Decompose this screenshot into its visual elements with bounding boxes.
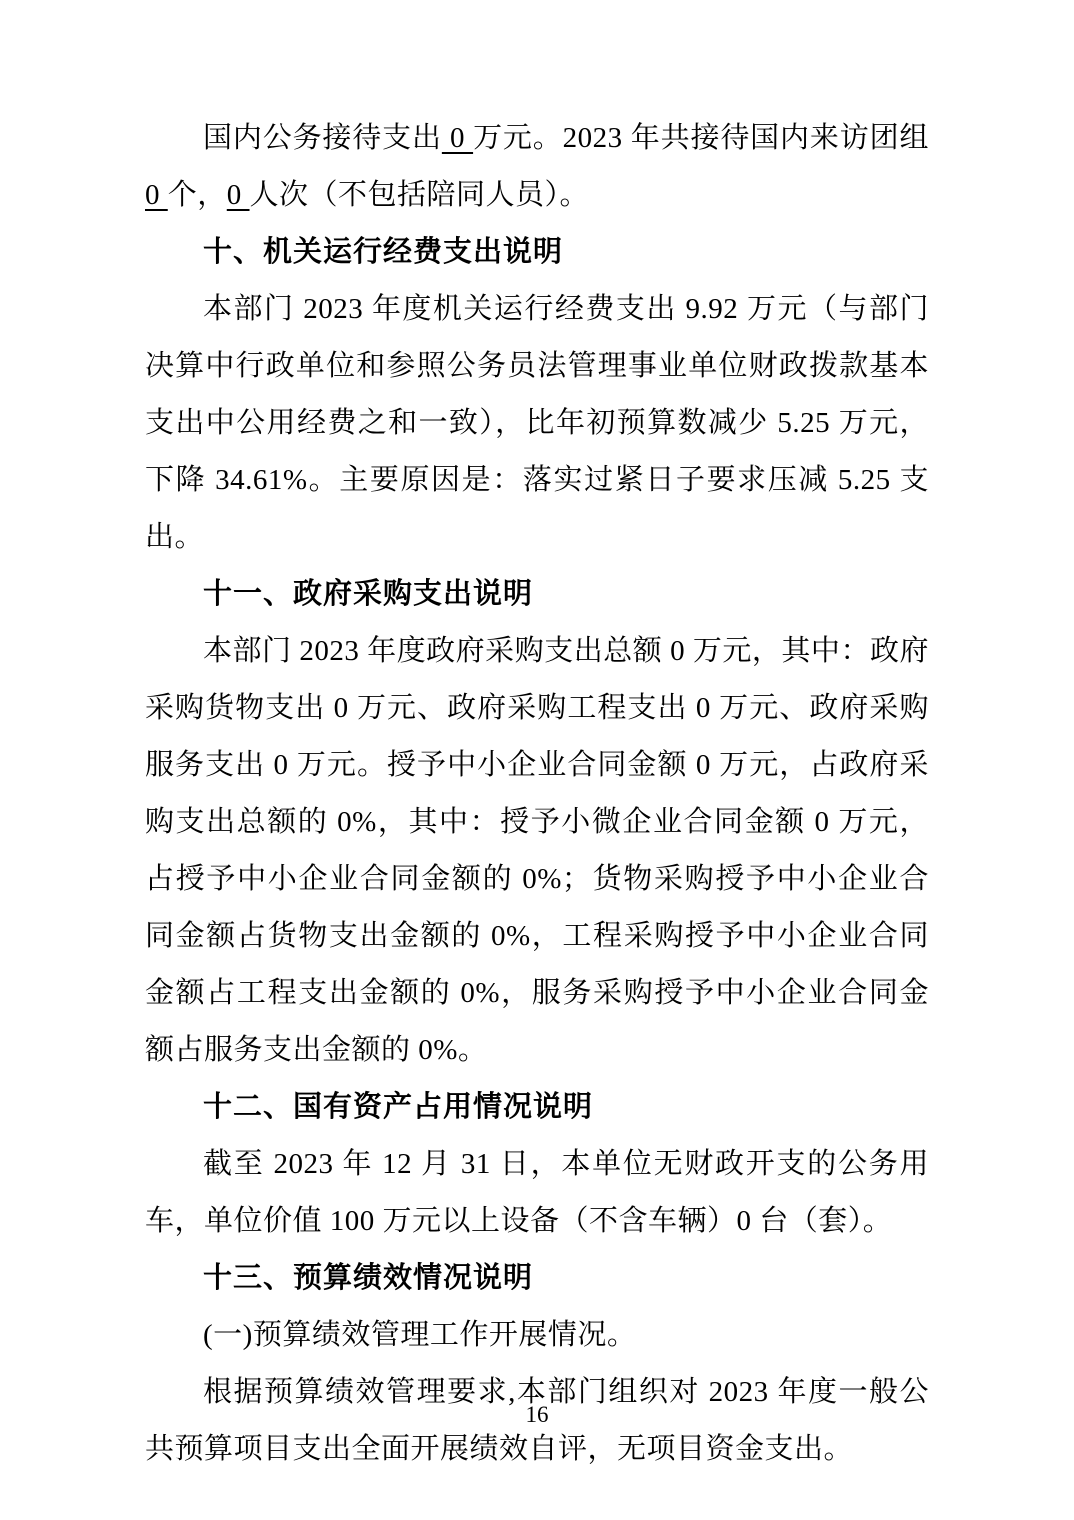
- subheading-performance-management: (一)预算绩效管理工作开展情况。: [145, 1307, 929, 1364]
- underlined-person-count: 0: [227, 179, 250, 211]
- section-heading-12: 十二、国有资产占用情况说明: [145, 1079, 929, 1136]
- reception-mid1: 万元。2023 年共接待国内来访团组: [473, 122, 929, 154]
- section-heading-11: 十一、政府采购支出说明: [145, 566, 929, 623]
- paragraph-state-assets: 截至 2023 年 12 月 31 日，本单位无财政开支的公务用车，单位价值 1…: [145, 1136, 929, 1250]
- document-body: 国内公务接待支出 0 万元。2023 年共接待国内来访团组 0 个，0 人次（不…: [145, 110, 929, 1478]
- paragraph-operating-expenses: 本部门 2023 年度机关运行经费支出 9.92 万元（与部门决算中行政单位和参…: [145, 281, 929, 566]
- reception-lead: 国内公务接待支出: [203, 122, 442, 154]
- paragraph-domestic-reception: 国内公务接待支出 0 万元。2023 年共接待国内来访团组 0 个，0 人次（不…: [145, 110, 929, 224]
- underlined-group-count: 0: [145, 179, 168, 211]
- section-heading-13: 十三、预算绩效情况说明: [145, 1250, 929, 1307]
- reception-tail: 人次（不包括陪同人员）。: [250, 179, 590, 211]
- section-heading-10: 十、机关运行经费支出说明: [145, 224, 929, 281]
- paragraph-government-procurement: 本部门 2023 年度政府采购支出总额 0 万元，其中：政府采购货物支出 0 万…: [145, 623, 929, 1079]
- reception-mid2: 个，: [168, 179, 227, 211]
- document-page: 国内公务接待支出 0 万元。2023 年共接待国内来访团组 0 个，0 人次（不…: [0, 0, 1074, 1520]
- page-number: 16: [0, 1402, 1074, 1428]
- underlined-reception-amount: 0: [442, 122, 473, 154]
